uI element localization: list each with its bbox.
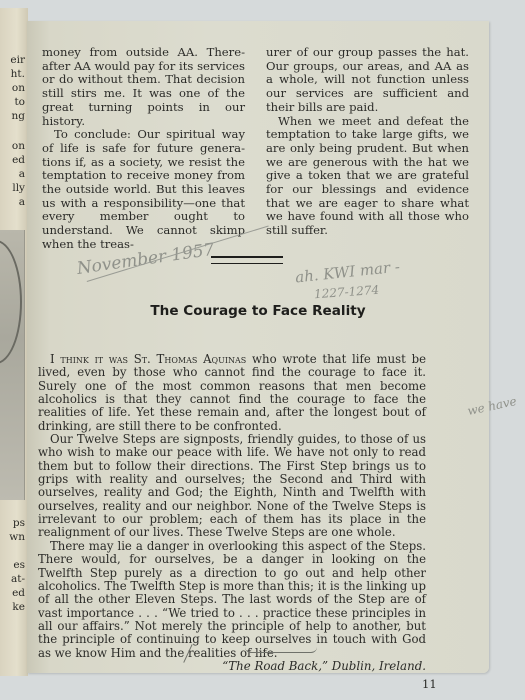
facing-page-fragment: on	[12, 139, 25, 153]
facing-page-fragment: to	[14, 95, 25, 109]
facing-page-fragment: a	[19, 167, 25, 181]
lead-in: I think it was St. Thomas Aquinas	[50, 352, 246, 366]
facing-page-edge: eir ht. on to ng on ed a lly a ps wn es …	[0, 8, 28, 676]
article-title: The Courage to Face Reality	[27, 303, 489, 319]
facing-page-fragment: ng	[12, 109, 25, 123]
paragraph: money from outside AA. There-after AA wo…	[42, 46, 245, 128]
magazine-page: money from outside AA. There-after AA wo…	[27, 21, 489, 673]
facing-page-fragment: ht.	[11, 67, 25, 81]
paragraph: urer of our group passes the hat. Our gr…	[266, 46, 469, 115]
paragraph: To conclude: Our spiritual way of life i…	[42, 128, 245, 251]
handwritten-reference-numbers: 1227-1274	[314, 283, 380, 302]
article-body: I think it was St. Thomas Aquinas who wr…	[38, 353, 426, 660]
facing-page-fragment: eir	[10, 53, 25, 67]
paragraph: I think it was St. Thomas Aquinas who wr…	[38, 353, 426, 433]
pencil-underline	[245, 647, 317, 653]
facing-page-fragment: ke	[12, 600, 25, 614]
facing-page-fragment: es	[13, 558, 25, 572]
facing-page-fragment: lly	[12, 181, 25, 195]
facing-page-fragment: wn	[9, 530, 25, 544]
article-attribution: “The Road Back,” Dublin, Ireland.	[38, 659, 426, 673]
handwritten-reference: ah. KWI mar -	[294, 258, 400, 287]
section-divider	[211, 256, 283, 264]
handwritten-margin-note: we have	[466, 394, 518, 418]
facing-page-fragment: ps	[13, 516, 25, 530]
column-right: urer of our group passes the hat. Our gr…	[266, 46, 469, 238]
facing-page-fragment: ed	[12, 586, 25, 600]
facing-page-fragment: a	[19, 195, 25, 209]
facing-page-fragment: ed	[12, 153, 25, 167]
paragraph: Our Twelve Steps are signposts, friendly…	[38, 433, 426, 540]
paragraph: When we meet and defeat the temptation t…	[266, 115, 469, 238]
column-left: money from outside AA. There-after AA wo…	[42, 46, 245, 252]
page-number: 11	[422, 677, 437, 691]
facing-page-fragment: on	[12, 81, 25, 95]
facing-page-photo	[0, 230, 25, 500]
paragraph: There may lie a danger in overlooking th…	[38, 540, 426, 660]
facing-page-fragment: at-	[11, 572, 25, 586]
